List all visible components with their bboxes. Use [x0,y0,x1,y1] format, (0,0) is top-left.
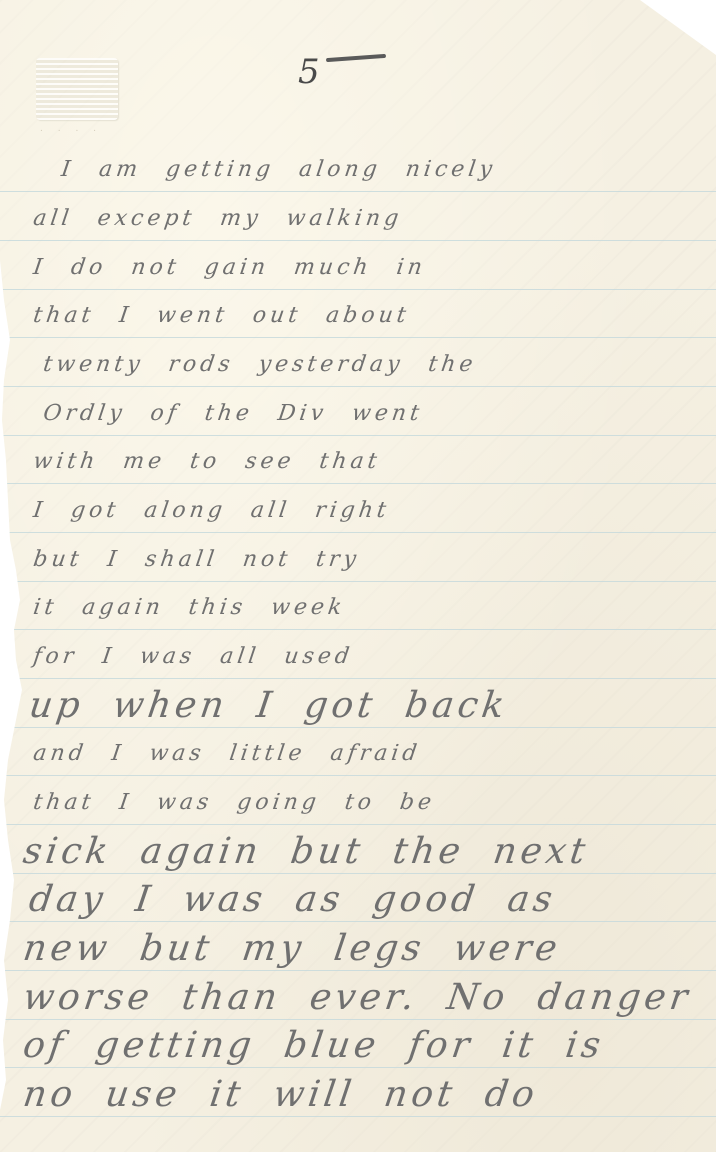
handwritten-line: with me to see that [30,438,716,486]
emboss-caption: . . . . [40,124,102,134]
page-number-flourish [326,54,386,62]
handwritten-line: I got along all right [30,487,716,535]
page-number: 5 [298,52,320,92]
handwritten-line: all except my walking [30,195,716,243]
handwritten-line: worse than ever. No danger [20,974,707,1022]
handwritten-line: and I was little afraid [30,730,716,778]
handwritten-line: that I went out about [30,292,716,340]
handwritten-line: that I was going to be [30,779,716,827]
handwritten-line: for I was all used [30,633,716,681]
handwritten-line: I am getting along nicely [58,146,716,194]
handwritten-line: new but my legs were [20,925,707,973]
handwritten-line: of getting blue for it is [20,1022,707,1070]
handwritten-line: up when I got back [26,682,713,730]
handwritten-line: but I shall not try [30,536,716,584]
handwritten-line: day I was as good as [26,876,713,924]
embossed-flag-stamp-icon [36,58,118,120]
handwritten-line: no use it will not do [20,1071,707,1119]
letter-page: . . . . 5 I am getting along nicely all … [0,0,716,1152]
handwritten-line: it again this week [30,584,716,632]
handwritten-line: sick again but the next [20,828,707,876]
handwritten-line: twenty rods yesterday the [40,341,716,389]
handwritten-line: I do not gain much in [30,244,716,292]
handwritten-line: Ordly of the Div went [40,390,716,438]
